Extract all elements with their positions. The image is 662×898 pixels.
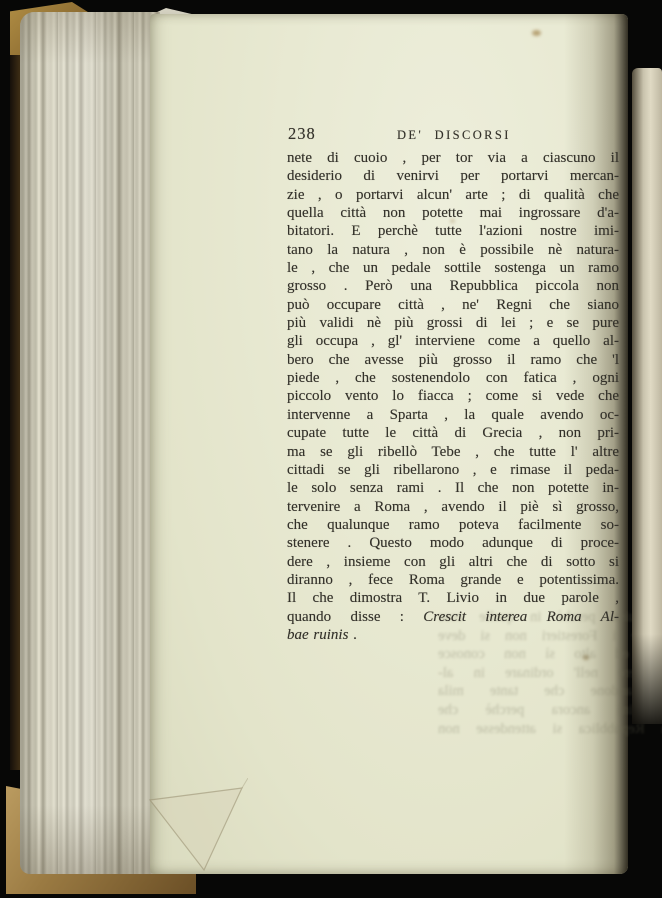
text-line: stenere . Questo modo adunque di proce- xyxy=(287,534,619,552)
text-line: le solo senza rami . Il che non potette … xyxy=(287,479,619,497)
book-page: mi di nuovi acquisti perchè in quelle co… xyxy=(150,14,628,874)
showthrough-line: modo gli uomini ancora perchè che xyxy=(438,701,662,720)
text-segment: quella città non potette mai ingrossare … xyxy=(287,205,619,221)
text-segment: dere , insieme con gli altri che di sott… xyxy=(287,554,619,570)
text-segment: grosso . Però una Repubblica piccola non xyxy=(287,278,619,294)
text-segment: Il che dimostra T. Livio in due parole , xyxy=(287,590,619,606)
text-line: che qualunque ramo poteva facilmente so- xyxy=(287,516,619,534)
text-line: tervenire a Roma , avendo il piè sì gros… xyxy=(287,498,619,516)
page-header: 238 DE' DISCORSI xyxy=(287,122,619,149)
text-line: le , che un pedale sottile sostenga un r… xyxy=(287,259,619,277)
text-line: bitatori. E perchè tutte l'azioni nostre… xyxy=(287,222,619,240)
text-line: piede , che sostenendolo con fatica , og… xyxy=(287,369,619,387)
text-line: bero che avesse più grosso il ramo che '… xyxy=(287,351,619,369)
text-line: quella città non potette mai ingrossare … xyxy=(287,204,619,222)
text-segment: che qualunque ramo poteva facilmente so- xyxy=(287,517,619,533)
text-line: può occupare città , ne' Regni che siano xyxy=(287,296,619,314)
text-segment: può occupare città , ne' Regni che siano xyxy=(287,297,619,313)
text-line: ma se gli ribellò Tebe , che tutte l' al… xyxy=(287,443,619,461)
text-segment: tervenire a Roma , avendo il piè sì gros… xyxy=(287,499,619,515)
adjacent-page-sliver xyxy=(632,68,662,724)
text-segment: ma se gli ribellò Tebe , che tutte l' al… xyxy=(287,444,619,460)
text-line: Il che dimostra T. Livio in due parole , xyxy=(287,589,619,607)
latin-quote-italic: bae ruinis xyxy=(287,627,348,643)
showthrough-line: in questa sua Repubblica si attendesse n… xyxy=(438,720,662,739)
text-segment: cupate tutte le città di Grecia , non pr… xyxy=(287,425,619,441)
text-line: diranno , fece Roma grande e potentissim… xyxy=(287,571,619,589)
text-segment: nete di cuoio , per tor via a ciascuno i… xyxy=(287,150,619,166)
text-segment: piede , che sostenendolo con fatica , og… xyxy=(287,370,619,386)
text-line: gli occupa , gl' interviene come a quell… xyxy=(287,332,619,350)
body-text: nete di cuoio , per tor via a ciascuno i… xyxy=(287,149,619,644)
text-segment: diranno , fece Roma grande e potentissim… xyxy=(287,572,619,588)
showthrough-line: in accrescimento ed alto sì non conosce xyxy=(438,645,662,664)
text-line: dere , insieme con gli altri che di sott… xyxy=(287,553,619,571)
text-segment: intervenne a Sparta , la quale avendo oc… xyxy=(287,407,619,423)
page-fore-edges xyxy=(20,12,160,874)
text-segment: bero che avesse più grosso il ramo che '… xyxy=(287,352,619,368)
text-line: zie , o portarvi alcun' arte ; di qualit… xyxy=(287,186,619,204)
latin-quote-italic: Crescit interea Roma Al- xyxy=(423,609,619,625)
text-segment: le solo senza rami . Il che non potette … xyxy=(287,480,619,496)
text-segment: zie , o portarvi alcun' arte ; di qualit… xyxy=(287,187,619,203)
text-segment: più validi nè più grossi di lei ; e se p… xyxy=(287,315,619,331)
text-segment: stenere . Questo modo adunque di proce- xyxy=(287,535,619,551)
text-segment: quando disse : xyxy=(287,609,423,625)
text-segment: le , che un pedale sottile sostenga un r… xyxy=(287,260,619,276)
text-segment: desiderio di venirvi per portarvi mercan… xyxy=(287,168,619,184)
text-line: più validi nè più grossi di lei ; e se p… xyxy=(287,314,619,332)
text-line: piccolo vento lo fiacca ; come si vede c… xyxy=(287,387,619,405)
page-content: 238 DE' DISCORSI nete di cuoio , per tor… xyxy=(287,122,619,644)
text-line: cittadi se gli ribellarono , e rimase il… xyxy=(287,461,619,479)
text-line: tano la natura , non è possibile nè natu… xyxy=(287,241,619,259)
text-line: grosso . Però una Repubblica piccola non xyxy=(287,277,619,295)
text-line: quando disse : Crescit interea Roma Al- xyxy=(287,608,619,626)
showthrough-line: come lo mantenere nell' ordinare in al- xyxy=(438,664,662,683)
book-scan-photo: mi di nuovi acquisti perchè in quelle co… xyxy=(0,0,662,898)
text-segment: gli occupa , gl' interviene come a quell… xyxy=(287,333,619,349)
text-segment: cittadi se gli ribellarono , e rimase il… xyxy=(287,462,619,478)
text-segment: piccolo vento lo fiacca ; come si vede c… xyxy=(287,388,619,404)
text-line: desiderio di venirvi per portarvi mercan… xyxy=(287,167,619,185)
text-line: cupate tutte le città di Grecia , non pr… xyxy=(287,424,619,442)
page-number: 238 xyxy=(288,124,316,144)
running-title: DE' DISCORSI xyxy=(397,128,511,143)
text-segment: tano la natura , non è possibile nè natu… xyxy=(287,242,619,258)
text-line: nete di cuoio , per tor via a ciascuno i… xyxy=(287,149,619,167)
paper-stain xyxy=(532,30,541,36)
showthrough-line: tre città osservandone che tante mila xyxy=(438,682,662,701)
text-segment: . xyxy=(348,627,357,643)
text-line: intervenne a Sparta , la quale avendo oc… xyxy=(287,406,619,424)
text-segment: bitatori. E perchè tutte l'azioni nostre… xyxy=(287,223,619,239)
text-line: bae ruinis . xyxy=(287,626,619,644)
